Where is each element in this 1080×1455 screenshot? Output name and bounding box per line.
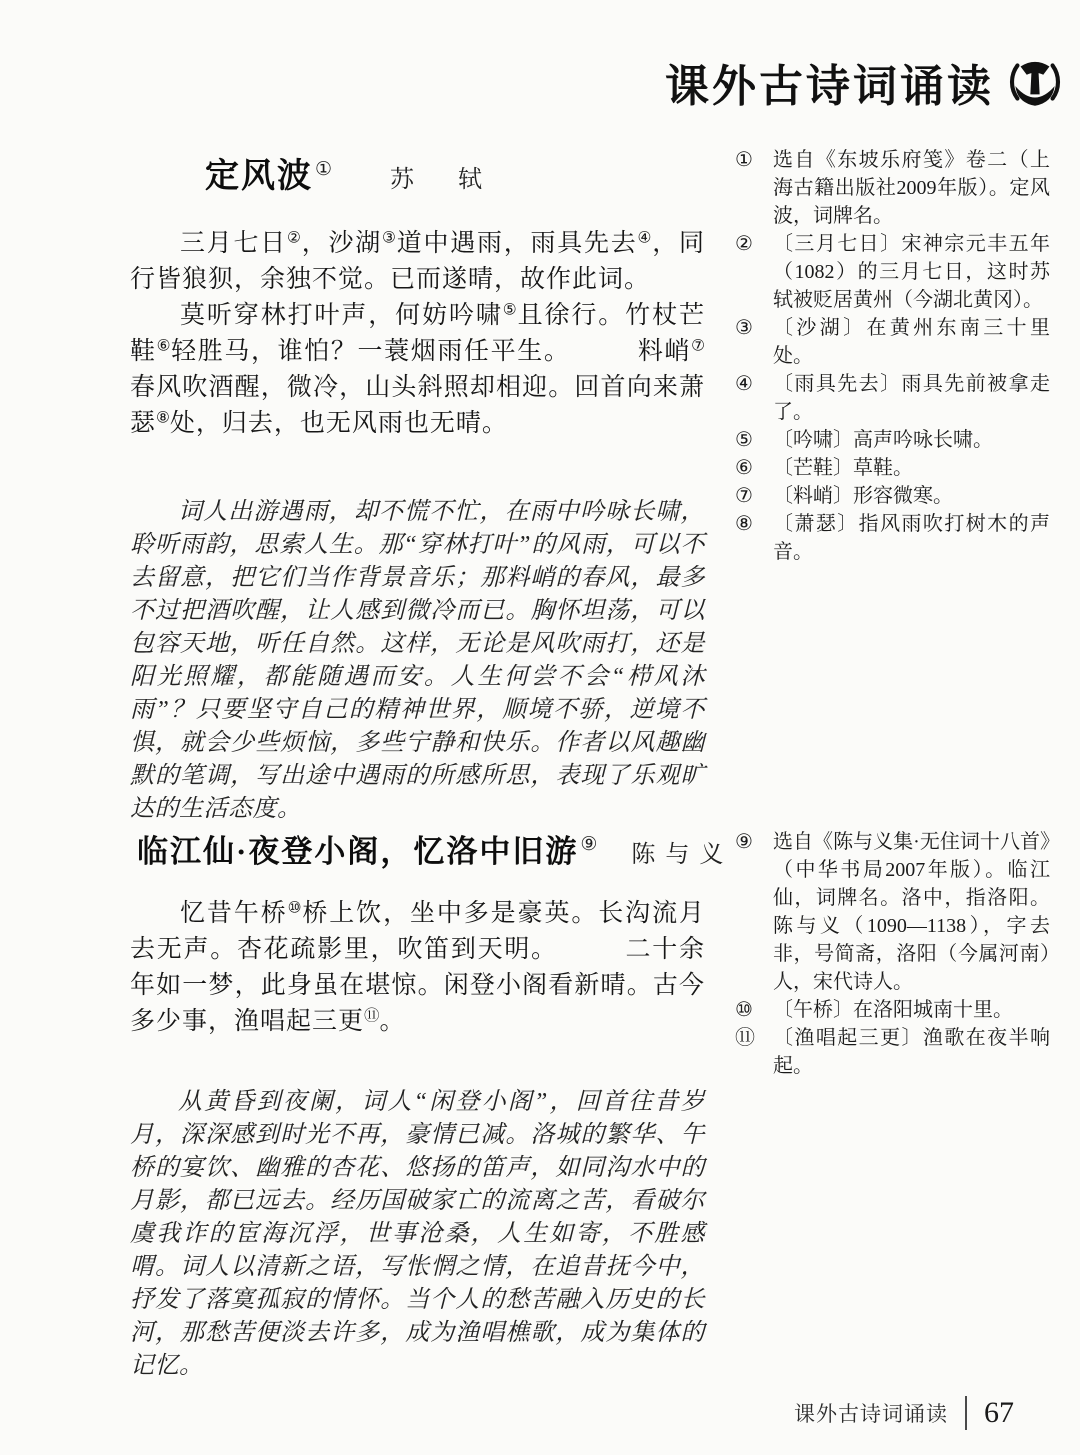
annotation-marker: ④ xyxy=(735,370,773,398)
annotations-group-1: ① 选自《东坡乐府笺》卷二（上海古籍出版社2009年版）。定风波，词牌名。 ② … xyxy=(735,146,1050,566)
annotation-item: ⑤ 〔吟啸〕高声吟咏长啸。 xyxy=(735,426,1050,454)
poem2-title: 临江仙·夜登小阁，忆洛中旧游 xyxy=(137,826,578,871)
annotation-item: ③ 〔沙湖〕在黄州东南三十里处。 xyxy=(735,314,1050,370)
annotation-marker: ⑤ xyxy=(735,426,773,454)
poem2-title-note: ⑨ xyxy=(580,833,597,856)
annotation-item: ① 选自《东坡乐府笺》卷二（上海古籍出版社2009年版）。定风波，词牌名。 xyxy=(735,146,1050,230)
annotation-text: 〔料峭〕形容微寒。 xyxy=(773,482,1050,510)
poem1-text: 莫听穿林打叶声，何妨吟啸⑤且徐行。竹杖芒鞋⑥轻胜马，谁怕？一蓑烟雨任平生。 料峭… xyxy=(130,298,705,442)
annotation-text: 〔三月七日〕宋神宗元丰五年（1082）的三月七日，这时苏轼被贬居黄州（今湖北黄冈… xyxy=(773,230,1050,314)
annotation-marker: ⑥ xyxy=(735,454,773,482)
textbook-page: 课外古诗词诵读 定风波 ① 苏 轼 三月七日②，沙湖③道中遇雨，雨具先去④，同行… xyxy=(0,0,1080,1455)
annotation-text: 〔萧瑟〕指风雨吹打树木的声音。 xyxy=(773,510,1050,566)
annotation-marker: ⑩ xyxy=(735,996,773,1024)
poem1-preface: 三月七日②，沙湖③道中遇雨，雨具先去④，同行皆狼狈，余独不觉。已而遂晴，故作此词… xyxy=(130,226,705,298)
annotation-marker: ⑪ xyxy=(735,1024,773,1052)
anchor-icon xyxy=(1004,51,1066,113)
annotation-marker: ② xyxy=(735,230,773,258)
poem1-commentary: 词人出游遇雨，却不慌不忙，在雨中吟咏长啸，聆听雨韵，思索人生。那“穿林打叶”的风… xyxy=(130,496,705,826)
annotation-text: 〔午桥〕在洛阳城南十里。 xyxy=(773,996,1050,1024)
annotations-group-2: ⑨ 选自《陈与义集·无住词十八首》（中华书局2007年版）。临江仙，词牌名。洛中… xyxy=(735,828,1050,1080)
footer-title: 课外古诗词诵读 xyxy=(794,1398,948,1428)
annotation-text: 选自《东坡乐府笺》卷二（上海古籍出版社2009年版）。定风波，词牌名。 xyxy=(773,146,1050,230)
annotation-marker: ① xyxy=(735,146,773,174)
annotation-item: ⑩ 〔午桥〕在洛阳城南十里。 xyxy=(735,996,1050,1024)
poem2-body-block: 忆昔午桥⑩桥上饮，坐中多是豪英。长沟流月去无声。杏花疏影里，吹笛到天明。 二十余… xyxy=(130,896,705,1040)
annotation-marker: ⑦ xyxy=(735,482,773,510)
annotation-item: ⑧ 〔萧瑟〕指风雨吹打树木的声音。 xyxy=(735,510,1050,566)
annotation-text: 〔沙湖〕在黄州东南三十里处。 xyxy=(773,314,1050,370)
poem1-body-block: 三月七日②，沙湖③道中遇雨，雨具先去④，同行皆狼狈，余独不觉。已而遂晴，故作此词… xyxy=(130,226,705,442)
annotation-marker: ⑨ xyxy=(735,828,773,856)
annotation-item: ④ 〔雨具先去〕雨具先前被拿走了。 xyxy=(735,370,1050,426)
page-number: 67 xyxy=(984,1396,1014,1430)
poem2-commentary: 从黄昏到夜阑，词人“闲登小阁”，回首往昔岁月，深深感到时光不再，豪情已减。洛城的… xyxy=(130,1086,705,1383)
header-title: 课外古诗词诵读 xyxy=(665,50,994,114)
footer-divider xyxy=(965,1396,967,1430)
poem2-text: 忆昔午桥⑩桥上饮，坐中多是豪英。长沟流月去无声。杏花疏影里，吹笛到天明。 二十余… xyxy=(130,896,705,1040)
annotation-text: 〔渔唱起三更〕渔歌在夜半响起。 xyxy=(773,1024,1050,1080)
poem2-author: 陈与义 xyxy=(631,834,733,869)
annotation-marker: ③ xyxy=(735,314,773,342)
annotation-item: ② 〔三月七日〕宋神宗元丰五年（1082）的三月七日，这时苏轼被贬居黄州（今湖北… xyxy=(735,230,1050,314)
page-footer: 课外古诗词诵读 67 xyxy=(794,1396,1014,1430)
annotation-text: 选自《陈与义集·无住词十八首》（中华书局2007年版）。临江仙，词牌名。洛中，指… xyxy=(773,828,1050,996)
annotation-item: ⑥ 〔芒鞋〕草鞋。 xyxy=(735,454,1050,482)
annotation-item: ⑨ 选自《陈与义集·无住词十八首》（中华书局2007年版）。临江仙，词牌名。洛中… xyxy=(735,828,1050,996)
poem1-title: 定风波 xyxy=(205,148,313,197)
annotation-text: 〔雨具先去〕雨具先前被拿走了。 xyxy=(773,370,1050,426)
page-header: 课外古诗词诵读 xyxy=(665,50,1066,114)
annotation-item: ⑪ 〔渔唱起三更〕渔歌在夜半响起。 xyxy=(735,1024,1050,1080)
annotation-text: 〔吟啸〕高声吟咏长啸。 xyxy=(773,426,1050,454)
poem2-title-row: 临江仙·夜登小阁，忆洛中旧游 ⑨ 陈与义 xyxy=(137,826,733,871)
annotation-marker: ⑧ xyxy=(735,510,773,538)
annotation-item: ⑦ 〔料峭〕形容微寒。 xyxy=(735,482,1050,510)
poem1-author: 苏 轼 xyxy=(390,159,492,194)
annotation-text: 〔芒鞋〕草鞋。 xyxy=(773,454,1050,482)
poem1-title-row: 定风波 ① 苏 轼 xyxy=(205,148,492,197)
poem1-title-note: ① xyxy=(315,158,332,181)
